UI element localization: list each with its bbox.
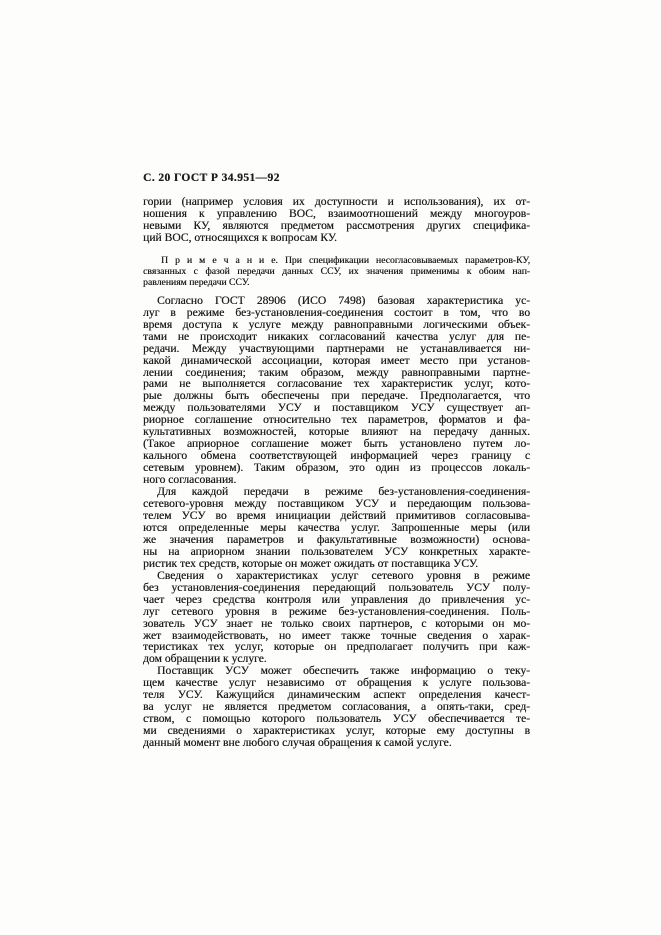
text-line: связанных с фазой передачи данных ССУ, и… [143,266,530,277]
document-page: С. 20 ГОСТ Р 34.951—92 гории (например у… [0,0,661,935]
text-line: данный момент вне любого случая обращени… [143,737,530,749]
text-line: тами не происходит никаких согласований … [143,331,530,343]
text-line: Согласно ГОСТ 28906 (ИСО 7498) базовая х… [143,295,530,307]
paragraph: Поставщик УСУ может обеспечить также инф… [143,665,530,749]
text-column: гории (например условия их доступности и… [143,196,530,749]
text-line: время доступа к услуге между равноправны… [143,319,530,331]
paragraph: Для каждой передачи в режиме без-установ… [143,486,530,570]
running-header: С. 20 ГОСТ Р 34.951—92 [143,172,280,184]
text-line: равлениям передачи ССУ. [143,277,530,288]
text-line: какой динамической ассоциации, которая и… [143,355,530,367]
text-line: П р и м е ч а н и е. При спецификации не… [143,255,530,266]
text-line: луг сетевого уровня в режиме без-установ… [143,606,530,618]
text-line: ны на априорном знании пользователем УСУ… [143,546,530,558]
text-line: Сведения о характеристиках услуг сетевог… [143,570,530,582]
text-line: ций ВОС, относящихся к вопросам КУ. [143,232,530,244]
note-paragraph: П р и м е ч а н и е. При спецификации не… [143,255,530,288]
text-line: без установления-соединения передающий п… [143,582,530,594]
text-line: луг в режиме без-установления-соединения… [143,307,530,319]
text-line: зователь УСУ знает не только своих партн… [143,618,530,630]
text-line: редачи. Между участвующими партнерами не… [143,343,530,355]
paragraph: гории (например условия их доступности и… [143,196,530,244]
paragraph: Согласно ГОСТ 28906 (ИСО 7498) базовая х… [143,295,530,486]
text-line: ристик тех средств, которые он может ожи… [143,558,530,570]
text-line: чает через средства контроля или управле… [143,594,530,606]
paragraph: Сведения о характеристиках услуг сетевог… [143,570,530,666]
